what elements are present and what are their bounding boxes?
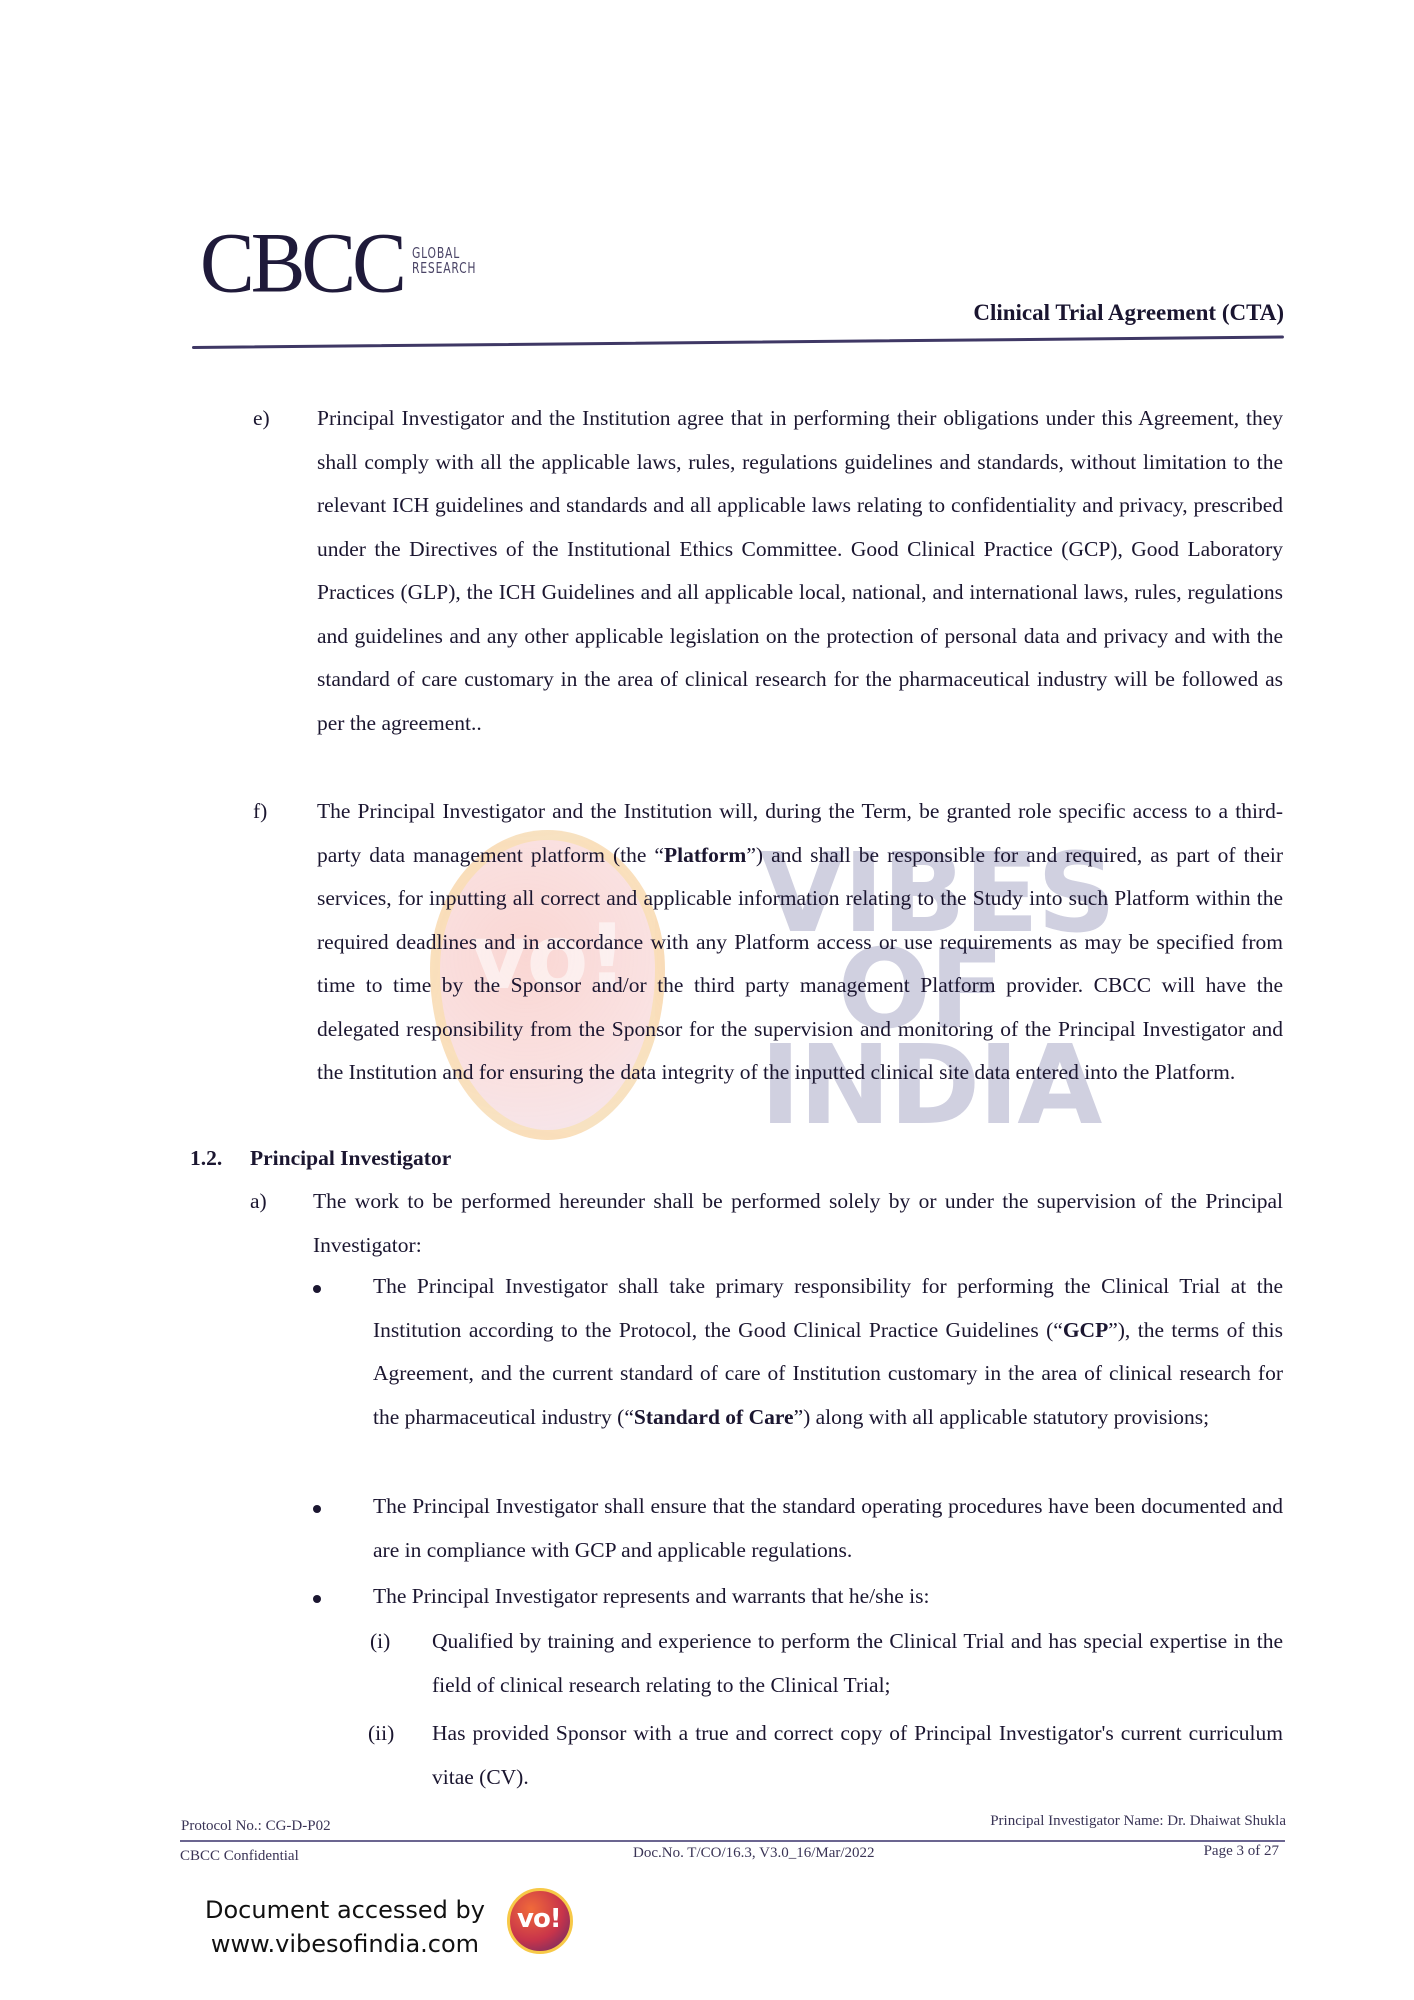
footer-confidential: CBCC Confidential [180,1848,299,1865]
bullet-icon [313,1595,321,1603]
clause-f-label: f) [253,790,267,834]
footer-page-number: Page 3 of 27 [1204,1843,1279,1860]
document-title: Clinical Trial Agreement (CTA) [973,300,1284,326]
sub-item-ii-text: Has provided Sponsor with a true and cor… [432,1712,1283,1799]
access-note: Document accessed by www.vibesofindia.co… [205,1893,485,1961]
clause-e-text: Principal Investigator and the Instituti… [317,397,1283,745]
access-note-line-1: Document accessed by [205,1893,485,1927]
bullet-item-1: The Principal Investigator shall take pr… [373,1265,1283,1439]
sub-item-i-label: (i) [370,1620,390,1664]
bullet-icon [313,1285,321,1293]
cbcc-logo-subtitle: GLOBAL RESEARCH [412,246,476,276]
section-number: 1.2. [190,1143,222,1173]
logo-sub-research: RESEARCH [412,261,476,276]
defined-term-standard-of-care: Standard of Care [634,1405,794,1429]
footer-divider [180,1840,1285,1842]
defined-term-gcp: GCP [1063,1318,1108,1342]
bullet-icon [313,1505,321,1513]
footer-doc-number: Doc.No. T/CO/16.3, V3.0_16/Mar/2022 [633,1845,875,1862]
bullet-item-2: The Principal Investigator shall ensure … [373,1485,1283,1572]
bullet-item-3: The Principal Investigator represents an… [373,1575,1283,1619]
footer-pi-name: Principal Investigator Name: Dr. Dhaiwat… [990,1813,1286,1830]
sub-item-ii-label: (ii) [368,1712,394,1756]
access-note-url[interactable]: www.vibesofindia.com [205,1927,485,1961]
clause-e-label: e) [253,397,270,441]
vibes-of-india-logo-icon: vo! [507,1888,573,1954]
clause-a-label: a) [250,1180,267,1224]
clause-a-text: The work to be performed hereunder shall… [313,1180,1283,1267]
defined-term-platform: Platform [664,843,746,867]
cbcc-logo: CBCC [200,220,403,306]
sub-item-i-text: Qualified by training and experience to … [432,1620,1283,1707]
section-title: Principal Investigator [250,1143,451,1173]
clause-f-text: The Principal Investigator and the Insti… [317,790,1283,1095]
footer-protocol-number: Protocol No.: CG-D-P02 [181,1818,331,1835]
header-divider [192,336,1284,349]
